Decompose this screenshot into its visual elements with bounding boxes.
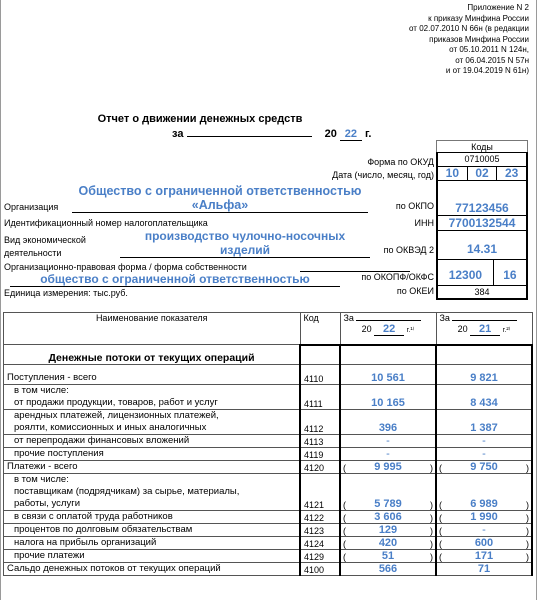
row-name: Сальдо денежных потоков от текущих опера… bbox=[4, 563, 301, 576]
previous-value[interactable]: ()9 750 bbox=[436, 461, 532, 474]
previous-value[interactable]: ()1 990 bbox=[436, 511, 532, 524]
year-suffix: г.¹⁾ bbox=[407, 327, 415, 334]
paren-open: ( bbox=[439, 539, 442, 549]
date-row: 10 02 23 bbox=[438, 166, 526, 180]
paren-close: ) bbox=[526, 552, 529, 562]
inn-label: Идентификационный номер налогоплательщик… bbox=[4, 218, 208, 228]
approval-line: приказов Минфина России bbox=[409, 35, 529, 46]
okei-row: 384 bbox=[438, 285, 526, 298]
value-text: - bbox=[386, 448, 390, 460]
row-code: 4110 bbox=[300, 365, 340, 385]
current-value[interactable]: ()129 bbox=[340, 524, 436, 537]
current-value[interactable]: ()51 bbox=[340, 550, 436, 563]
okopf-value[interactable]: 12300 bbox=[438, 260, 493, 285]
okei-value[interactable]: 384 bbox=[438, 286, 526, 298]
approval-line: и от 19.04.2019 N 61н) bbox=[409, 66, 529, 77]
value-text: 3 606 bbox=[374, 511, 402, 523]
col-previous-header: За 20 21 г.²⁾ bbox=[436, 313, 532, 345]
table-row: Сальдо денежных потоков от текущих опера… bbox=[4, 563, 533, 576]
paren-close: ) bbox=[526, 513, 529, 523]
approval-line: от 06.04.2015 N 57н bbox=[409, 56, 529, 67]
row-name: в том числе: от продажи продукции, товар… bbox=[4, 385, 301, 410]
paren-open: ( bbox=[343, 526, 346, 536]
table-header: Наименование показателя Код За 20 22 г.¹… bbox=[4, 313, 533, 345]
current-value[interactable]: 566 bbox=[340, 563, 436, 576]
value-text: 420 bbox=[379, 537, 397, 549]
value-text: 9 821 bbox=[470, 372, 498, 384]
approval-line: от 02.07.2010 N 66н (в редакции bbox=[409, 24, 529, 35]
paren-close: ) bbox=[526, 526, 529, 536]
row-name: в том числе: поставщикам (подрядчикам) з… bbox=[4, 474, 301, 511]
previous-value[interactable]: 71 bbox=[436, 563, 532, 576]
row-code: 4111 bbox=[300, 385, 340, 410]
legal-form-label: Организационно-правовая форма / форма со… bbox=[4, 262, 247, 272]
activity-line1: производство чулочно-носочных bbox=[120, 229, 370, 243]
year-suffix: г.²⁾ bbox=[503, 327, 511, 334]
section-row: Денежные потоки от текущих операций bbox=[4, 345, 533, 365]
table-row: процентов по долговым обязательствам4123… bbox=[4, 524, 533, 537]
table-row: в том числе: от продажи продукции, товар… bbox=[4, 385, 533, 410]
period-blank[interactable] bbox=[187, 136, 312, 137]
row-code: 4121 bbox=[300, 474, 340, 511]
blank-row bbox=[438, 180, 526, 201]
table-row: в связи с оплатой труда работников4122()… bbox=[4, 511, 533, 524]
current-value[interactable]: ()420 bbox=[340, 537, 436, 550]
current-value[interactable]: 10 165 bbox=[340, 385, 436, 410]
value-text: 600 bbox=[475, 537, 493, 549]
value-text: 9 750 bbox=[470, 461, 498, 473]
table-row: в том числе: поставщикам (подрядчикам) з… bbox=[4, 474, 533, 511]
paren-open: ( bbox=[439, 526, 442, 536]
za-label: За bbox=[440, 313, 450, 323]
col-name-header: Наименование показателя bbox=[4, 313, 301, 345]
row-code: 4119 bbox=[300, 448, 340, 461]
approval-line: Приложение N 2 bbox=[409, 3, 529, 14]
paren-close: ) bbox=[526, 500, 529, 510]
row-code: 4124 bbox=[300, 537, 340, 550]
row-name: Платежи - всего bbox=[4, 461, 301, 474]
table-row: Платежи - всего4120()9 995()9 750 bbox=[4, 461, 533, 474]
year-prefix: 20 bbox=[458, 324, 468, 334]
year-prefix: 20 bbox=[362, 324, 372, 334]
paren-close: ) bbox=[430, 500, 433, 510]
codes-box: 0710005 10 02 23 77123456 7700132544 14.… bbox=[436, 152, 528, 300]
cashflow-table: Наименование показателя Код За 20 22 г.¹… bbox=[3, 312, 533, 576]
paren-open: ( bbox=[343, 552, 346, 562]
date-label: Дата (число, месяц, год) bbox=[332, 170, 434, 180]
row-name: прочие поступления bbox=[4, 448, 301, 461]
row-code: 4122 bbox=[300, 511, 340, 524]
col-current-header: За 20 22 г.¹⁾ bbox=[340, 313, 436, 345]
previous-year[interactable]: 21 bbox=[470, 323, 500, 336]
row-name: прочие платежи bbox=[4, 550, 301, 563]
paren-open: ( bbox=[439, 552, 442, 562]
value-text: 10 165 bbox=[371, 397, 405, 409]
paren-open: ( bbox=[343, 513, 346, 523]
previous-value[interactable]: ()6 989 bbox=[436, 474, 532, 511]
unit-label: Единица измерения: тыс.руб. bbox=[4, 288, 128, 298]
row-name: в связи с оплатой труда работников bbox=[4, 511, 301, 524]
row-code: 4113 bbox=[300, 435, 340, 448]
value-text: 71 bbox=[478, 563, 490, 575]
paren-open: ( bbox=[343, 539, 346, 549]
current-value[interactable]: 10 561 bbox=[340, 365, 436, 385]
value-text: 51 bbox=[382, 550, 394, 562]
paren-open: ( bbox=[439, 463, 442, 473]
okved-value[interactable]: 14.31 bbox=[438, 231, 526, 259]
previous-value[interactable]: 1 387 bbox=[436, 410, 532, 435]
value-text: 5 789 bbox=[374, 498, 402, 510]
value-text: 9 995 bbox=[374, 461, 402, 473]
okopf-row: 12300 16 bbox=[438, 259, 526, 285]
okpo-row: 77123456 bbox=[438, 201, 526, 215]
previous-value[interactable]: - bbox=[436, 435, 532, 448]
row-name: Поступления - всего bbox=[4, 365, 301, 385]
activity-label-2: деятельности bbox=[4, 248, 61, 258]
value-text: 129 bbox=[379, 524, 397, 536]
approval-line: от 05.10.2011 N 124н, bbox=[409, 45, 529, 56]
row-code: 4120 bbox=[300, 461, 340, 474]
inn-row: 7700132544 bbox=[438, 215, 526, 230]
table-row: арендных платежей, лицензионных платежей… bbox=[4, 410, 533, 435]
date-year[interactable]: 23 bbox=[496, 167, 526, 180]
row-code: 4112 bbox=[300, 410, 340, 435]
col-code-header: Код bbox=[300, 313, 340, 345]
value-text: 566 bbox=[379, 563, 397, 575]
table-row: прочие поступления4119-- bbox=[4, 448, 533, 461]
org-label: Организация bbox=[4, 202, 58, 212]
value-text: - bbox=[482, 435, 486, 447]
report-period: за 20 22 г. bbox=[172, 128, 372, 141]
row-name: от перепродажи финансовых вложений bbox=[4, 435, 301, 448]
paren-close: ) bbox=[430, 552, 433, 562]
activity-label-1: Вид экономической bbox=[4, 235, 86, 245]
current-value[interactable]: 396 bbox=[340, 410, 436, 435]
row-name: процентов по долговым обязательствам bbox=[4, 524, 301, 537]
previous-value[interactable]: - bbox=[436, 448, 532, 461]
inn-value[interactable]: 7700132544 bbox=[438, 216, 526, 230]
value-text: 396 bbox=[379, 422, 397, 434]
paren-close: ) bbox=[526, 539, 529, 549]
current-year[interactable]: 22 bbox=[374, 323, 404, 336]
org-name-line2[interactable]: «Альфа» bbox=[72, 198, 368, 213]
previous-value[interactable]: ()600 bbox=[436, 537, 532, 550]
paren-close: ) bbox=[430, 513, 433, 523]
value-text: - bbox=[482, 448, 486, 460]
value-text: 8 434 bbox=[470, 397, 498, 409]
paren-close: ) bbox=[526, 463, 529, 473]
okei-label: по ОКЕИ bbox=[397, 286, 434, 296]
value-text: - bbox=[386, 435, 390, 447]
za-label: За bbox=[344, 313, 354, 323]
okpo-value[interactable]: 77123456 bbox=[438, 201, 526, 215]
year-suffix: г. bbox=[365, 128, 372, 140]
okud-label: Форма по ОКУД bbox=[367, 157, 434, 167]
year-prefix: 20 bbox=[325, 128, 337, 140]
activity-line2[interactable]: изделий bbox=[120, 243, 370, 258]
current-value[interactable]: - bbox=[340, 448, 436, 461]
row-code: 4123 bbox=[300, 524, 340, 537]
table-row: от перепродажи финансовых вложений4113-- bbox=[4, 435, 533, 448]
paren-open: ( bbox=[343, 500, 346, 510]
date-day[interactable]: 10 bbox=[438, 167, 467, 180]
okopf-label: по ОКОПФ/ОКФС bbox=[361, 272, 434, 282]
current-value[interactable]: ()5 789 bbox=[340, 474, 436, 511]
table-row: налога на прибыль организаций4124()420()… bbox=[4, 537, 533, 550]
paren-open: ( bbox=[439, 513, 442, 523]
current-value[interactable]: - bbox=[340, 435, 436, 448]
row-name: налога на прибыль организаций bbox=[4, 537, 301, 550]
paren-close: ) bbox=[430, 539, 433, 549]
approval-note: Приложение N 2к приказу Минфина Россииот… bbox=[409, 3, 529, 77]
org-name-line1: Общество с ограниченной ответственностью bbox=[70, 184, 370, 198]
okved-row: 14.31 bbox=[438, 230, 526, 259]
approval-line: к приказу Минфина России bbox=[409, 14, 529, 25]
row-code: 4129 bbox=[300, 550, 340, 563]
inn-code-label: ИНН bbox=[415, 218, 434, 228]
value-text: 1 990 bbox=[470, 511, 498, 523]
date-month[interactable]: 02 bbox=[467, 167, 497, 180]
paren-open: ( bbox=[343, 463, 346, 473]
value-text: 1 387 bbox=[470, 422, 498, 434]
report-title: Отчет о движении денежных средств bbox=[0, 113, 400, 125]
current-value[interactable]: ()9 995 bbox=[340, 461, 436, 474]
value-text: 6 989 bbox=[470, 498, 498, 510]
section-title: Денежные потоки от текущих операций bbox=[4, 345, 301, 365]
paren-close: ) bbox=[430, 526, 433, 536]
row-code: 4100 bbox=[300, 563, 340, 576]
value-text: 171 bbox=[475, 550, 493, 562]
okfs-value[interactable]: 16 bbox=[493, 260, 526, 285]
value-text: 10 561 bbox=[371, 372, 405, 384]
za-label: за bbox=[172, 128, 183, 140]
previous-value[interactable]: ()171 bbox=[436, 550, 532, 563]
paren-open: ( bbox=[439, 500, 442, 510]
table-row: прочие платежи4129()51()171 bbox=[4, 550, 533, 563]
okud-value[interactable]: 0710005 bbox=[438, 153, 526, 166]
value-text: - bbox=[482, 524, 486, 536]
row-name: арендных платежей, лицензионных платежей… bbox=[4, 410, 301, 435]
previous-value[interactable]: 9 821 bbox=[436, 365, 532, 385]
previous-value[interactable]: 8 434 bbox=[436, 385, 532, 410]
paren-close: ) bbox=[430, 463, 433, 473]
table-row: Поступления - всего411010 5619 821 bbox=[4, 365, 533, 385]
okved-label: по ОКВЭД 2 bbox=[384, 245, 434, 255]
report-year[interactable]: 22 bbox=[340, 128, 362, 141]
current-value[interactable]: ()3 606 bbox=[340, 511, 436, 524]
okpo-label: по ОКПО bbox=[396, 201, 434, 211]
previous-value[interactable]: ()- bbox=[436, 524, 532, 537]
legal-form-value[interactable]: общество с ограниченной ответственностью bbox=[10, 272, 340, 287]
okud-row: 0710005 bbox=[438, 152, 526, 166]
